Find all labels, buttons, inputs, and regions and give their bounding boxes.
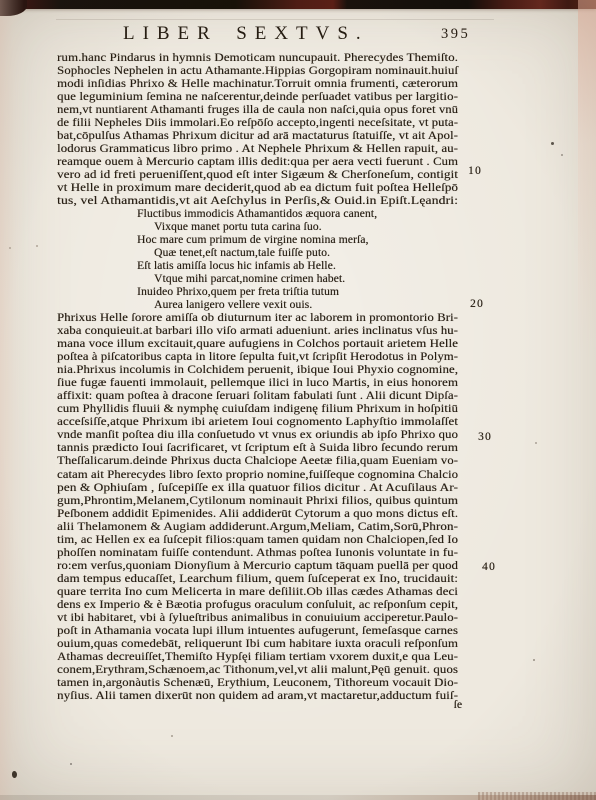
ink-speck [561, 154, 563, 156]
page-right-edge-shading [578, 0, 596, 360]
text-line: poſtea à piſcatoribus capta in litore ſe… [57, 350, 459, 363]
text-line: pen & Ophiuſam , ſuſcepiſſe ex illa quat… [57, 481, 459, 494]
text-line: Vixque manet portu tuta carina ſuo. [57, 220, 459, 233]
ink-speck [12, 771, 17, 778]
text-line: Fluctibus immodicis Athamantidos æquora … [57, 207, 459, 220]
page-title: LIBER SEXTVS. [123, 23, 369, 45]
ink-speck [171, 735, 173, 737]
page-bottom-edge [0, 795, 596, 800]
text-line: quare territa Ino cum Melicerta in mare … [57, 585, 459, 598]
text-line: ouium,quas comedebāt, reliquerunt Ibi cu… [57, 637, 459, 650]
ink-speck [551, 142, 554, 145]
text-line: Phrixus Helle ſorore amiſſa ob diuturnum… [57, 311, 459, 324]
text-line: rum.hanc Pindarus in hymnis Demoticam nu… [57, 51, 459, 64]
text-line: Hoc mare cum primum de virgine nomina me… [57, 233, 459, 246]
text-line: conem,Erythram,Schænoem,ac Tithonum,vel,… [57, 663, 459, 676]
text-line: Aurea lanigero vellere vexit ouis. [57, 298, 459, 311]
text-line: alii Thelamonem & Augiam addiderunt.Argu… [57, 520, 459, 533]
margin-line-number: 30 [478, 431, 492, 443]
text-line: mana voce illum excitauit,quare aufugien… [57, 337, 459, 350]
text-line: nyſius. Alii tamen dixerūt non quidem ad… [57, 689, 459, 702]
page-top-binding-edge [0, 0, 596, 9]
text-line: nia.Phrixus incolumis in Colchidem perue… [57, 363, 459, 376]
text-line: modi inſidias Phrixo & Helle machinatur.… [57, 77, 459, 90]
text-line: Inuideo Phrixo,quem per freta triſtia tu… [57, 285, 459, 298]
ink-speck [533, 659, 535, 661]
text-line: vt ibi habitaret, vbi à ſylueſtribus ani… [57, 611, 459, 624]
text-line: tim, ac Hellen ex ea ſuſcepit filios:qua… [57, 533, 459, 546]
text-line: bat,cōpulſus Athamas Phrixum dicitur ad … [57, 129, 459, 142]
text-line: Peſbonem addidit Epimenides. Alii addide… [57, 507, 459, 520]
text-line: gum,Phrontim,Melanem,Cytilonum nominauit… [57, 494, 459, 507]
text-line: Eſt latis amiſſa locus hic infamis ab He… [57, 259, 459, 272]
page-left-edge-shading [0, 0, 24, 800]
text-line: vnde manſit poſtea diu illa conſuetudo v… [57, 428, 459, 441]
text-line: ro:em verſus,quoniam Dionyſium à Mercuri… [57, 559, 459, 572]
text-line: phoſſen nominatam fuiſſe contendunt. Ath… [57, 546, 459, 559]
scanned-book-page: LIBER SEXTVS. 395 rum.hanc Pindarus in h… [0, 0, 596, 800]
text-line: nem,vt nuntiarent Athamanti fruges illa … [57, 103, 459, 116]
text-line: ſiue fugæ fauenti immolauit, pellemque i… [57, 376, 459, 389]
text-line: catam ait Pherecydes libro ſexto proprio… [57, 468, 459, 481]
margin-line-number: 20 [470, 298, 484, 310]
text-line: Quæ tenet,eſt nactum,tale fuiſſe puto. [57, 246, 459, 259]
text-line: Athamas decreuiſſet,Themiſto Hypſęi fili… [57, 650, 459, 663]
text-line: que leguminium ſemina ne naſcerentur,dei… [57, 90, 459, 103]
text-line: vt Helle in proximum mare deciderit,quod… [57, 181, 459, 194]
text-line: tus, vel Athamantidis,vt ait Aeſchylus i… [57, 194, 459, 207]
text-line: dens ex Imperio & è Bæotia profugus orac… [57, 598, 459, 611]
ink-speck [535, 442, 537, 444]
text-line: xaba conquieuit.at barbari illo viſo arm… [57, 324, 459, 337]
text-line: reamque ouem à Mercurio captam illis ded… [57, 155, 459, 168]
text-line: cum Phyllidis fluuii & nymphę cuiuſdam i… [57, 402, 459, 415]
text-line: poſt in Athamania vocata lupi illum intu… [57, 624, 459, 637]
ink-speck [36, 245, 38, 247]
page-number: 395 [441, 26, 470, 43]
text-line: lodorus Grammaticus libro primo . At Nep… [57, 142, 459, 155]
text-line: Sophocles Nephelen in actu Athamante.Hip… [57, 64, 459, 77]
ink-speck [70, 763, 72, 765]
text-block: rum.hanc Pindarus in hymnis Demoticam nu… [57, 51, 459, 702]
text-line: Theſſalicarum.deinde Phrixus ducta Chalc… [57, 454, 459, 467]
text-line: tannis prædicto Ioui ſacrificaret, vt ſc… [57, 441, 459, 454]
text-line: tamen in,argonàutis Schenæū, Erythium, L… [57, 676, 459, 689]
text-line: dam tempus educaſſet, Learchum filium, q… [57, 572, 459, 585]
text-line: vero ad id freti perueniſſent,quod eſt i… [57, 168, 459, 181]
text-line: Vtque mihi parcat,nomine crimen habet. [57, 272, 459, 285]
text-line: acceſsiſſe,atque Phrixum ibi arietem Iou… [57, 415, 459, 428]
text-line: de filii Nepheles Diis immolari.Eo reſpō… [57, 116, 459, 129]
text-line: affixit: quam poſtea à dracone ſeruari ſ… [57, 389, 459, 402]
catchword: ſe [428, 698, 462, 711]
ink-speck [9, 247, 11, 249]
scan-shadow-line [56, 19, 494, 20]
margin-line-number: 40 [482, 561, 496, 573]
margin-line-number: 10 [468, 165, 482, 177]
